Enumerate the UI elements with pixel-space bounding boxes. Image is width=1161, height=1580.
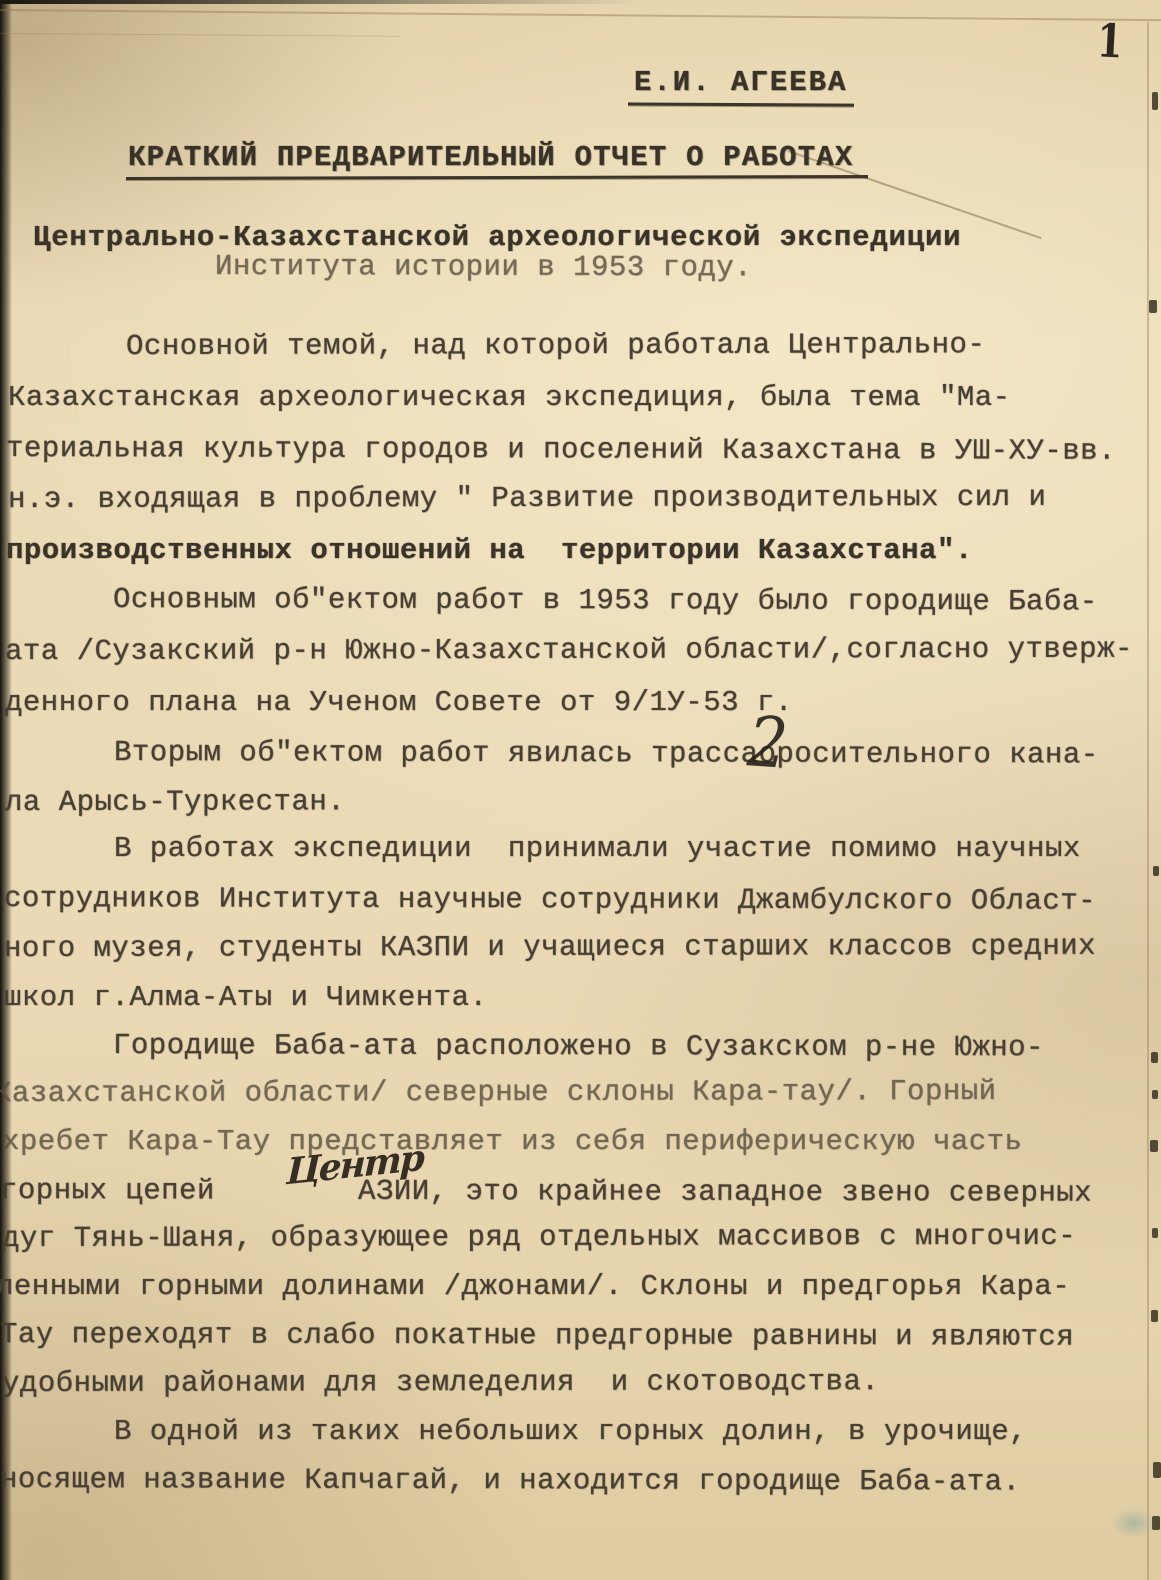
document-page: 1 Е.И. АГЕЕВА КРАТКИЙ ПРЕДВАРИТЕЛЬНЫЙ ОТ… (0, 0, 1161, 1580)
text-line: ата /Сузакский р-н Южно-Казахстанской об… (5, 635, 1133, 667)
page-fold-line-top (0, 9, 1161, 21)
edge-mark (1152, 1228, 1158, 1238)
text-line: ного музея, студенты КАЗПИ и учащиеся ст… (4, 932, 1096, 964)
text-line: производственных отношений на территории… (6, 536, 973, 566)
text-line: сотрудников Института научные сотрудники… (4, 884, 1096, 917)
ink-smudge (1112, 1508, 1156, 1538)
text-line: Тау переходят в слабо покатные предгорны… (0, 1320, 1074, 1353)
text-line: Вторым об"ектом работ явилась трассаорос… (114, 738, 1099, 770)
edge-mark (1153, 1462, 1161, 1478)
page-fold-line-top-2 (0, 33, 400, 37)
page-fold-line-right (1147, 22, 1149, 1580)
text-line: школ г.Алма-Аты и Чимкента. (4, 983, 487, 1013)
text-line: носящем название Капчагай, и находится г… (0, 1465, 1021, 1497)
report-title: КРАТКИЙ ПРЕДВАРИТЕЛЬНЫЙ ОТЧЕТ О РАБОТАХ (128, 141, 854, 174)
text-line: Казахстанская археологическая экспедиция… (8, 383, 1011, 413)
text-line: В одной из таких небольших горных долин,… (114, 1417, 1027, 1447)
edge-mark (1151, 1052, 1158, 1063)
text-line: Казахстанской области/ северные склоны К… (0, 1077, 997, 1109)
subtitle-line-1: Центрально-Казахстанской археологической… (33, 223, 961, 253)
edge-mark (1152, 92, 1158, 110)
scan-edge-top (0, 0, 640, 4)
text-line: Основным об"ектом работ в 1953 году было… (113, 585, 1098, 617)
page-number: 1 (1096, 13, 1124, 68)
edge-mark (1153, 866, 1159, 876)
text-line: хребет Кара-Тау представляет из себя пер… (2, 1127, 1022, 1157)
text-line: ленными горными долинами /джонами/. Скло… (0, 1272, 1070, 1302)
text-line: Основной темой, над которой работала Цен… (126, 330, 985, 362)
title-underline (126, 175, 868, 180)
edge-mark (1151, 1310, 1158, 1322)
text-line: удобными районами для земледелия и ското… (2, 1367, 879, 1399)
author-line: Е.И. АГЕЕВА (634, 66, 847, 99)
text-line: дуг Тянь-Шаня, образующее ряд отдельных … (2, 1222, 1076, 1254)
text-line: денного плана на Ученом Совете от 9/1У-5… (5, 688, 793, 718)
text-line: горных цепей АЗИИ, это крайнее западное … (0, 1176, 1092, 1209)
handwritten-insert-mark: 2 (745, 700, 790, 784)
edge-mark (1149, 300, 1157, 313)
edge-mark (1152, 1090, 1158, 1099)
text-line: териальная культура городов и поселений … (6, 434, 1116, 467)
text-line: ла Арысь-Туркестан. (5, 787, 345, 818)
author-underline (628, 102, 854, 106)
edge-mark (1150, 1140, 1158, 1152)
text-line: Городище Баба-ата расположено в Сузакско… (113, 1031, 1044, 1063)
subtitle-line-2: Института истории в 1953 году. (215, 252, 752, 283)
text-line: н.э. входящая в проблему " Развитие прои… (8, 483, 1046, 515)
text-line: В работах экспедиции принимали участие п… (114, 834, 1081, 864)
